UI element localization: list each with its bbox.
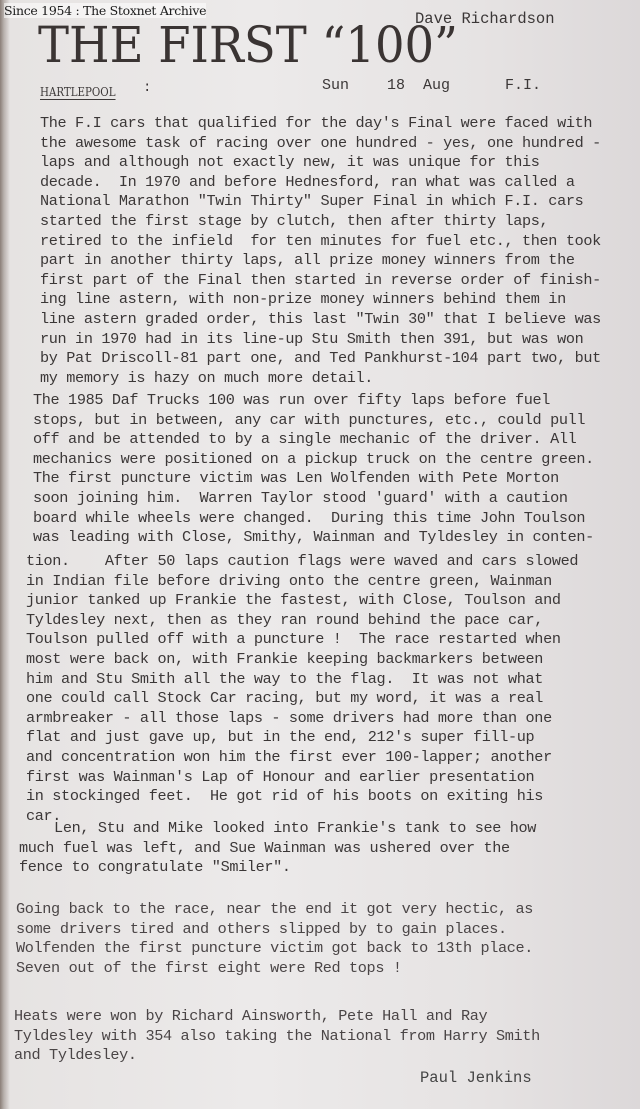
text-line: Seven out of the first eight were Red to…	[16, 959, 640, 979]
text-line: my memory is hazy on much more detail.	[40, 369, 640, 389]
text-line: flat and just gave up, but in the end, 2…	[26, 728, 640, 748]
text-line: most were back on, with Frankie keeping …	[26, 650, 640, 670]
text-line: and Tyldesley.	[14, 1046, 640, 1066]
paragraph-5: Going back to the race, near the end it …	[16, 900, 640, 978]
meeting-date: 18 Aug	[387, 77, 450, 94]
venue-separator: :	[143, 80, 151, 96]
paragraph-1: The F.I cars that qualified for the day'…	[40, 114, 640, 388]
paragraph-3: tion. After 50 laps caution flags were w…	[26, 552, 640, 826]
text-line: fence to congratulate "Smiler".	[19, 858, 640, 878]
text-line: Len, Stu and Mike looked into Frankie's …	[19, 819, 640, 839]
text-line: ing line astern, with non-prize money wi…	[40, 290, 640, 310]
text-line: decade. In 1970 and before Hednesford, r…	[40, 173, 640, 193]
text-line: Wolfenden the first puncture victim got …	[16, 939, 640, 959]
text-line: and concentration won him the first ever…	[26, 748, 640, 768]
text-line: off and be attended to by a single mecha…	[33, 430, 640, 450]
signature: Paul Jenkins	[420, 1069, 532, 1087]
text-line: him and Stu Smith all the way to the fla…	[26, 670, 640, 690]
text-line: laps and although not exactly new, it wa…	[40, 153, 640, 173]
text-line: Heats were won by Richard Ainsworth, Pet…	[14, 1007, 640, 1027]
text-line: The F.I cars that qualified for the day'…	[40, 114, 640, 134]
text-line: run in 1970 had in its line-up Stu Smith…	[40, 330, 640, 350]
text-line: board while wheels were changed. During …	[33, 509, 640, 529]
venue-name: HARTLEPOOL	[40, 84, 116, 99]
text-line: in stockinged feet. He got rid of his bo…	[26, 787, 640, 807]
text-line: some drivers tired and others slipped by…	[16, 920, 640, 940]
paragraph-2: The 1985 Daf Trucks 100 was run over fif…	[33, 391, 640, 548]
paragraph-6: Heats were won by Richard Ainsworth, Pet…	[14, 1007, 640, 1066]
text-line: in Indian file before driving onto the c…	[26, 572, 640, 592]
text-line: junior tanked up Frankie the fastest, wi…	[26, 591, 640, 611]
text-line: Toulson pulled off with a puncture ! The…	[26, 630, 640, 650]
text-line: mechanics were positioned on a pickup tr…	[33, 450, 640, 470]
text-line: Tyldesley with 354 also taking the Natio…	[14, 1027, 640, 1047]
text-line: soon joining him. Warren Taylor stood 'g…	[33, 489, 640, 509]
text-line: the awesome task of racing over one hund…	[40, 134, 640, 154]
text-line: Going back to the race, near the end it …	[16, 900, 640, 920]
text-line: line astern graded order, this last "Twi…	[40, 310, 640, 330]
article-title: THE FIRST “100”	[38, 20, 458, 70]
text-line: started the first stage by clutch, then …	[40, 212, 640, 232]
text-line: The 1985 Daf Trucks 100 was run over fif…	[33, 391, 640, 411]
meeting-day: Sun	[322, 77, 349, 94]
text-line: National Marathon "Twin Thirty" Super Fi…	[40, 192, 640, 212]
text-line: by Pat Driscoll-81 part one, and Ted Pan…	[40, 349, 640, 369]
paragraph-4: Len, Stu and Mike looked into Frankie's …	[19, 819, 640, 878]
text-line: much fuel was left, and Sue Wainman was …	[19, 839, 640, 859]
scanned-page: Since 1954 : The Stoxnet Archive Dave Ri…	[0, 0, 640, 1109]
text-line: retired to the infield for ten minutes f…	[40, 232, 640, 252]
text-line: tion. After 50 laps caution flags were w…	[26, 552, 640, 572]
text-line: Tyldesley next, then as they ran round b…	[26, 611, 640, 631]
text-line: first part of the Final then started in …	[40, 271, 640, 291]
text-line: armbreaker - all those laps - some drive…	[26, 709, 640, 729]
formula-class: F.I.	[505, 77, 541, 94]
text-line: was leading with Close, Smithy, Wainman …	[33, 528, 640, 548]
text-line: first was Wainman's Lap of Honour and ea…	[26, 768, 640, 788]
text-line: part in another thirty laps, all prize m…	[40, 251, 640, 271]
text-line: one could call Stock Car racing, but my …	[26, 689, 640, 709]
text-line: stops, but in between, any car with punc…	[33, 411, 640, 431]
text-line: The first puncture victim was Len Wolfen…	[33, 469, 640, 489]
